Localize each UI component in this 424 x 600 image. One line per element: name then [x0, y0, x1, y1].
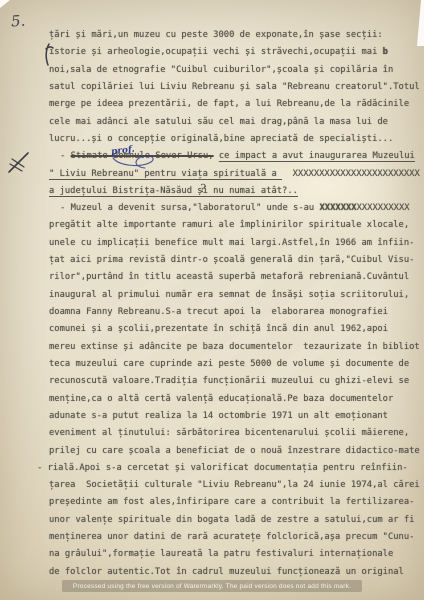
typed-text-segment: a județului Bistrița-Năsăud și nu numai … [49, 186, 298, 196]
typed-line-17: doamna Fanny Rebreanu.S-a trecut apoi la… [49, 304, 423, 321]
typed-text-segment: unele cu implicații benefice mult mai la… [49, 238, 414, 248]
typed-line-24: eveniment al ținutului: sărbătorirea bic… [49, 425, 423, 442]
scan-corner-top-left [0, 0, 10, 8]
typed-text-segment: recunoscută valoare.Tradiția funcționări… [49, 376, 409, 386]
typed-text-segment: unor valențe spirituale din bogata ladă … [49, 515, 414, 525]
typed-line-21: recunoscută valoare.Tradiția funcționări… [49, 373, 423, 390]
typed-line-15: rilor",purtând în titlu această superbă … [49, 269, 423, 286]
typed-line-2: istorie și arheologie,ocupații vechi și … [49, 44, 423, 61]
typed-text-segment: rilor",purtând în titlu această superbă … [49, 272, 409, 282]
typed-line-22: menține,ca o altă certă valență educațio… [49, 391, 423, 408]
typed-line-5: merge pe ideea prezentării, de fapt, a l… [49, 96, 423, 113]
typed-text-segment: " Liviu Rebreanu" pentru viața spiritual… [49, 169, 282, 179]
typed-line-19: mereu extinse și adâncite pe baza docume… [49, 339, 423, 356]
typed-line-18: comunei și a școlii,prezentate în schiță… [49, 321, 423, 338]
typed-text-segment: comunei și a școlii,prezentate în schiță… [49, 324, 388, 334]
typed-line-20: teca muzeului care cuprinde azi peste 50… [49, 356, 423, 373]
typed-text-segment: pregătit alte importante ramuri ale împl… [49, 220, 409, 230]
typed-text-segment: ce impact a avut inaugurarea Muzeului [219, 151, 415, 161]
typed-line-31: na grâului",formație laureată la patru f… [49, 546, 423, 563]
typed-line-16: inaugural al primului număr era semnat d… [49, 287, 423, 304]
typed-line-10: a județului Bistrița-Năsăud și nu numai … [49, 183, 423, 200]
typed-line-13: unele cu implicații benefice mult mai la… [49, 235, 423, 252]
typed-line-26: - rială.Apoi s-a cercetat și valorificat… [37, 460, 423, 477]
typed-text-segment: b [383, 47, 388, 57]
typed-text-segment: menținerea unor datini de rară acuratețe… [49, 532, 414, 542]
typed-text-segment: inaugural al primului număr era semnat d… [49, 290, 409, 300]
typed-text-segment: XXXXXXXXXXXXXXXXXXXXXXXX [282, 169, 420, 179]
trial-watermark-bar: Processed using the free version of Wate… [62, 580, 362, 592]
typed-text-segment: Stimate domnule Sever Ursu, [71, 151, 214, 161]
typed-line-25: prilej cu care școala a beneficiat de o … [49, 443, 423, 460]
typed-text-segment: țat aici prima revistă dintr-o școală ge… [49, 255, 414, 265]
typed-text-segment: noi,sala de etnografie "Cuibul cuiburilo… [49, 65, 393, 75]
typed-text-segment: - Muzeul a devenit sursa,"laboratorul" u… [60, 203, 320, 213]
typed-line-6: cele mai adânci ale satului său cel mai … [49, 114, 423, 131]
typed-line-4: satul copilăriei lui Liviu Rebreanu și s… [49, 79, 423, 96]
typed-text-segment: adunate s-a putut realiza la 14 octombri… [49, 411, 388, 421]
typed-text-segment: cele mai adânci ale satului său cel mai … [49, 117, 388, 127]
typed-line-3: noi,sala de etnografie "Cuibul cuiburilo… [49, 62, 423, 79]
typed-line-27: țarea Societății culturale "Liviu Rebrea… [49, 477, 423, 494]
typed-line-1: țări și mări,un muzeu cu peste 3000 de e… [49, 27, 423, 44]
typed-text-segment: menține,ca o altă certă valență educațio… [49, 394, 393, 404]
typed-text-segment: satul copilăriei lui Liviu Rebreanu și s… [49, 82, 420, 92]
scanned-document-page: 5. țări și mări,un muzeu cu peste 3000 d… [0, 0, 424, 600]
typed-text-segment: - rială.Apoi s-a cercetat și valorificat… [37, 463, 408, 473]
typed-line-28: președinte am fost ales,înfiripare care … [49, 494, 423, 511]
typed-text-segment: - [60, 151, 71, 161]
typed-text-segment: prilej cu care școala a beneficiat de o … [49, 446, 420, 456]
handwritten-question-mark: ? [199, 182, 206, 196]
typed-line-11: - Muzeul a devenit sursa,"laboratorul" u… [49, 200, 423, 217]
typed-line-8: - Stimate domnule Sever Ursu, ce impact … [49, 148, 423, 165]
typed-line-7: lucru...și o concepție originală,bine ap… [49, 131, 423, 148]
typed-text-segment: eveniment al ținutului: sărbătorirea bic… [49, 428, 409, 438]
typed-text-segment: țarea Societății culturale "Liviu Rebrea… [49, 480, 420, 490]
typed-text-segment: lucru...și o concepție originală,bine ap… [49, 134, 393, 144]
typed-text-segment: XXXXXXX [320, 203, 357, 213]
typed-text-segment: XXXXXXXXXX [357, 203, 410, 213]
typed-text-segment: istorie și arheologie,ocupații vechi și … [49, 47, 383, 57]
typed-line-14: țat aici prima revistă dintr-o școală ge… [49, 252, 423, 269]
typewritten-text-block: țări și mări,un muzeu cu peste 3000 de e… [49, 27, 423, 581]
handwritten-page-number: 5. [10, 12, 26, 31]
typed-line-23: adunate s-a putut realiza la 14 octombri… [49, 408, 423, 425]
typed-text-segment: de folclor autentic.Tot în cadrul muzeul… [49, 567, 404, 577]
pen-cross-mark-icon [9, 153, 28, 172]
typed-text-segment: președinte am fost ales,înfiripare care … [49, 497, 414, 507]
typed-line-32: de folclor autentic.Tot în cadrul muzeul… [49, 564, 423, 581]
typed-line-30: menținerea unor datini de rară acuratețe… [49, 529, 423, 546]
typed-text-segment: țări și mări,un muzeu cu peste 3000 de e… [49, 30, 383, 40]
typed-text-segment: na grâului",formație laureată la patru f… [49, 549, 393, 559]
typed-text-segment: merge pe ideea prezentării, de fapt, a l… [49, 99, 409, 109]
typed-text-segment: doamna Fanny Rebreanu.S-a trecut apoi la… [49, 307, 388, 317]
typed-text-segment: teca muzeului care cuprinde azi peste 50… [49, 359, 409, 369]
typed-line-9: " Liviu Rebreanu" pentru viața spiritual… [49, 166, 423, 183]
typed-text-segment: mereu extinse și adâncite pe baza docume… [49, 342, 420, 352]
typed-line-29: unor valențe spirituale din bogata ladă … [49, 512, 423, 529]
trial-watermark-text: Processed using the free version of Wate… [73, 583, 351, 590]
typed-line-12: pregătit alte importante ramuri ale împl… [49, 217, 423, 234]
